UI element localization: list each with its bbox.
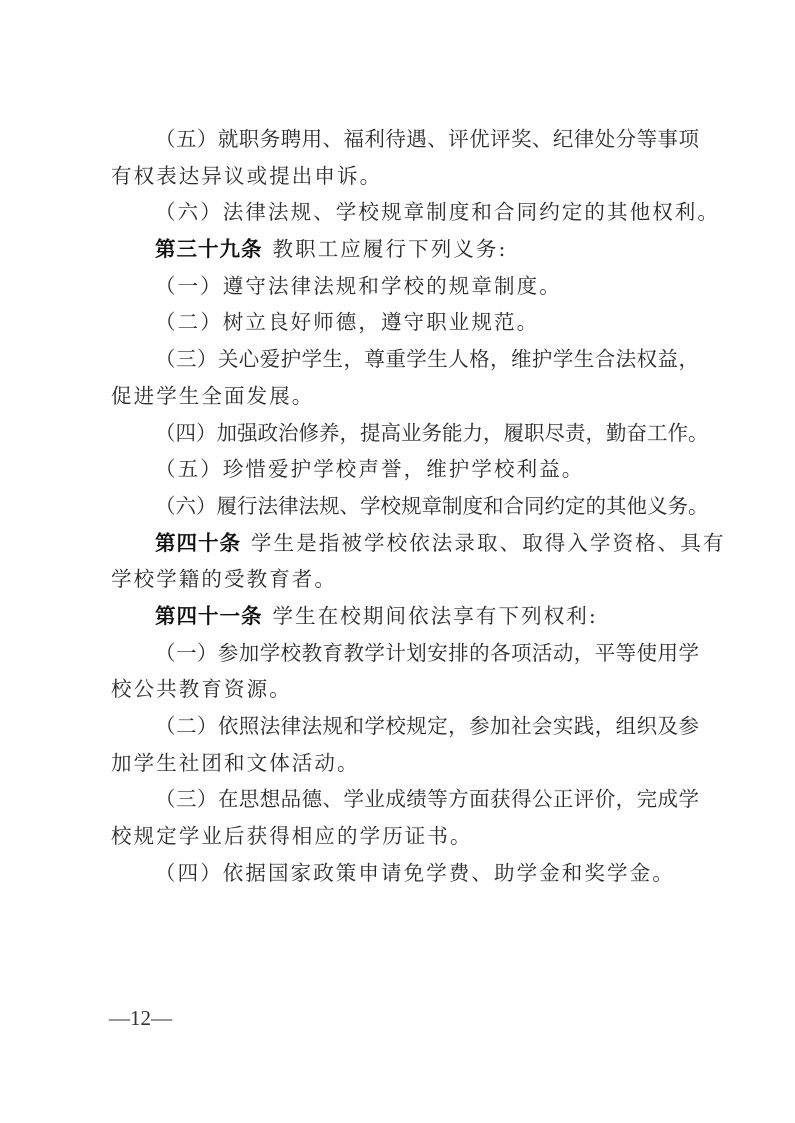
paragraph-line: 校公共教育资源。 bbox=[111, 671, 699, 708]
paragraph-line: （六）法律法规、学校规章制度和合同约定的其他权利。 bbox=[111, 194, 699, 231]
paragraph-line: 加学生社团和文体活动。 bbox=[111, 745, 699, 782]
document-page: （五）就职务聘用、福利待遇、评优评奖、纪律处分等事项 有权表达异议或提出申诉。 … bbox=[0, 0, 795, 1123]
paragraph-line: （四）加强政治修养，提高业务能力，履职尽责，勤奋工作。 bbox=[111, 415, 699, 452]
paragraph-line: （二）树立良好师德，遵守职业规范。 bbox=[111, 304, 699, 341]
article-number: 第四十一条 bbox=[155, 604, 263, 628]
article-heading-41: 第四十一条学生在校期间依法享有下列权利: bbox=[111, 598, 699, 635]
page-number: —12— bbox=[109, 1006, 172, 1031]
paragraph-line: （三）在思想品德、学业成绩等方面获得公正评价，完成学 bbox=[111, 781, 699, 818]
paragraph-line: （六）履行法律法规、学校规章制度和合同约定的其他义务。 bbox=[111, 488, 699, 525]
paragraph-line: 促进学生全面发展。 bbox=[111, 378, 699, 415]
paragraph-line: （一）参加学校教育教学计划安排的各项活动，平等使用学 bbox=[111, 635, 699, 672]
article-text: 学生是指被学校依法录取、取得入学资格、具有 bbox=[251, 531, 726, 555]
paragraph-line: （三）关心爱护学生，尊重学生人格，维护学生合法权益， bbox=[111, 341, 699, 378]
document-body: （五）就职务聘用、福利待遇、评优评奖、纪律处分等事项 有权表达异议或提出申诉。 … bbox=[111, 121, 699, 891]
paragraph-line: 校规定学业后获得相应的学历证书。 bbox=[111, 818, 699, 855]
paragraph-line: （一）遵守法律法规和学校的规章制度。 bbox=[111, 268, 699, 305]
paragraph-line: 学校学籍的受教育者。 bbox=[111, 561, 699, 598]
article-number: 第三十九条 bbox=[155, 237, 263, 261]
article-heading-40: 第四十条学生是指被学校依法录取、取得入学资格、具有 bbox=[111, 525, 699, 562]
article-heading-39: 第三十九条教职工应履行下列义务: bbox=[111, 231, 699, 268]
paragraph-line: 有权表达异议或提出申诉。 bbox=[111, 158, 699, 195]
paragraph-line: （五）珍惜爱护学校声誉，维护学校利益。 bbox=[111, 451, 699, 488]
article-text: 学生在校期间依法享有下列权利: bbox=[273, 604, 598, 628]
paragraph-line: （四）依据国家政策申请免学费、助学金和奖学金。 bbox=[111, 855, 699, 892]
paragraph-line: （二）依照法律法规和学校规定，参加社会实践，组织及参 bbox=[111, 708, 699, 745]
article-number: 第四十条 bbox=[155, 531, 241, 555]
article-text: 教职工应履行下列义务: bbox=[273, 237, 508, 261]
paragraph-line: （五）就职务聘用、福利待遇、评优评奖、纪律处分等事项 bbox=[111, 121, 699, 158]
